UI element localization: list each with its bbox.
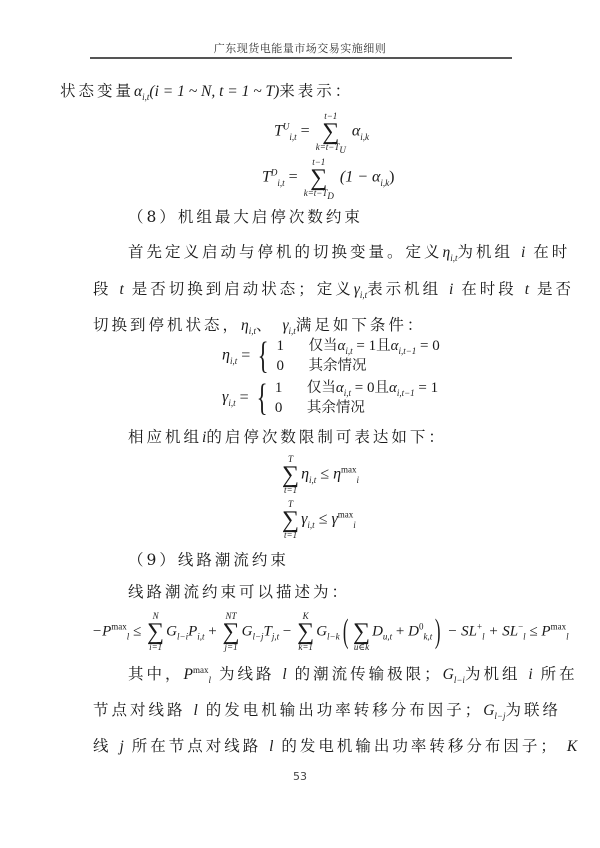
text: 为机组 bbox=[457, 243, 513, 261]
paragraph-line: 切换到停机状态，ηi,t、 γi,t满足如下条件： bbox=[93, 313, 425, 335]
text: 来表示： bbox=[279, 82, 353, 100]
header-rule bbox=[90, 57, 512, 59]
eta-symbol: η bbox=[241, 317, 249, 334]
text: 仅当 bbox=[307, 380, 336, 396]
case-value: 0 bbox=[276, 356, 308, 376]
sup: D bbox=[271, 167, 278, 177]
sub: i,t bbox=[230, 356, 237, 366]
leq: ≤ bbox=[526, 623, 542, 639]
sigma-icon: ∑ bbox=[222, 621, 239, 643]
sigma-icon: ∑ bbox=[316, 121, 346, 143]
text: 所在节点对线路 bbox=[132, 737, 262, 755]
minus: − bbox=[279, 623, 295, 639]
sub: l−j bbox=[494, 711, 505, 721]
equation-line-flow: −Pmaxl ≤ N∑i=1Gl−iPi,t + NT∑j=1Gl−jTj,t … bbox=[92, 612, 569, 652]
text: 相应机组 bbox=[128, 428, 202, 446]
sigma-icon: ∑ bbox=[353, 621, 370, 643]
text: k=t−T bbox=[304, 188, 328, 198]
term: + SL bbox=[485, 623, 518, 639]
sigma-icon: ∑ bbox=[282, 464, 299, 486]
sum-lower: u∈k bbox=[353, 643, 370, 652]
paragraph-line: 线路潮流约束可以描述为： bbox=[128, 580, 350, 602]
term: G bbox=[443, 666, 454, 683]
text: 首先定义启动与停机的切换变量。定义 bbox=[128, 243, 443, 261]
case-value: 1 bbox=[275, 378, 307, 398]
text: 其余情况 bbox=[308, 358, 366, 374]
summation: T ∑ t=1 bbox=[282, 455, 299, 495]
term: G bbox=[316, 623, 327, 639]
paragraph-line: 相应机组i的启停次数限制可表达如下： bbox=[128, 425, 447, 447]
sub: i,t bbox=[289, 326, 296, 336]
text: 为联络 bbox=[506, 701, 562, 719]
text: 段 bbox=[93, 280, 112, 298]
var-i: i bbox=[521, 244, 525, 261]
term: − SL bbox=[444, 623, 477, 639]
sigma-icon: ∑ bbox=[282, 509, 299, 531]
text: k=t−T bbox=[316, 142, 340, 152]
sub: u,t bbox=[383, 631, 392, 641]
sub: i,t bbox=[344, 388, 351, 398]
text: 为机组 bbox=[465, 665, 521, 683]
sub: i,t bbox=[289, 132, 296, 142]
summation: K∑k=1 bbox=[297, 612, 314, 652]
var-t: t bbox=[119, 281, 123, 298]
sub: U bbox=[339, 145, 346, 155]
equation-eta-sum: T ∑ t=1 ηi,t ≤ ηmaxi bbox=[280, 455, 359, 495]
alpha-symbol: α bbox=[389, 380, 397, 396]
sub: l−i bbox=[454, 675, 465, 685]
text: 状态变量 bbox=[60, 82, 134, 100]
cases: 1仅当αi,t = 0且αi,t−1 = 1 0其余情况 bbox=[275, 378, 438, 418]
text: 、 bbox=[256, 316, 275, 334]
sum-lower: k=1 bbox=[297, 643, 314, 652]
text: 在时 bbox=[533, 243, 570, 261]
text: 仅当 bbox=[308, 338, 337, 354]
var-t: t bbox=[525, 281, 529, 298]
left-brace-icon: { bbox=[256, 379, 267, 417]
rhs: η bbox=[333, 466, 341, 483]
text: 所在 bbox=[541, 665, 578, 683]
sub: i,t−1 bbox=[397, 388, 415, 398]
sub: i bbox=[357, 475, 360, 485]
alpha-symbol: α bbox=[134, 83, 142, 100]
term: P bbox=[184, 666, 193, 683]
sum-lower: k=t−TU bbox=[316, 143, 346, 152]
var-k: K bbox=[567, 738, 577, 755]
paragraph-line: 段 t 是否切换到启动状态；定义γi,t表示机组 i 在时段 t 是否 bbox=[93, 277, 574, 299]
sup: 0 bbox=[419, 621, 424, 631]
sub: i,t bbox=[249, 326, 256, 336]
sub: i,t bbox=[277, 178, 284, 188]
sub: i,t bbox=[345, 346, 352, 356]
sigma-icon: ∑ bbox=[304, 167, 334, 189]
sup: U bbox=[283, 121, 290, 131]
paren: ) bbox=[389, 169, 394, 186]
text: 的发电机输出功率转移分布因子； bbox=[281, 737, 559, 755]
equals: = bbox=[241, 347, 250, 364]
sup: max bbox=[111, 621, 127, 631]
leq: ≤ bbox=[315, 511, 332, 528]
term: D bbox=[408, 623, 419, 639]
case-row: 0其余情况 bbox=[276, 356, 439, 376]
term: G bbox=[166, 623, 177, 639]
paragraph-line: 其中，Pmaxl 为线路 l 的潮流传输极限；Gl−i为机组 i 所在 bbox=[128, 662, 578, 684]
var-i: i bbox=[528, 666, 532, 683]
page-number: 53 bbox=[0, 770, 600, 783]
text: 且 bbox=[376, 338, 391, 354]
var-l: l bbox=[269, 738, 273, 755]
text: 在时段 bbox=[461, 280, 517, 298]
sum-lower: t=1 bbox=[282, 531, 299, 540]
text: = 1 bbox=[415, 380, 438, 396]
term: α bbox=[352, 123, 360, 140]
term: (1 − α bbox=[340, 169, 381, 186]
summation: t−1 ∑ k=t−TD bbox=[304, 158, 334, 198]
plus: + bbox=[392, 623, 408, 639]
text: 的发电机输出功率转移分布因子； bbox=[206, 701, 484, 719]
lhs: T bbox=[274, 123, 283, 140]
sub: i,t−1 bbox=[398, 346, 416, 356]
sub: l bbox=[566, 631, 569, 641]
running-header: 广东现货电能量市场交易实施细则 bbox=[0, 40, 600, 56]
alpha-symbol: α bbox=[336, 380, 344, 396]
equals: = bbox=[289, 169, 298, 186]
sigma-icon: ∑ bbox=[297, 621, 314, 643]
equation-t-down: TDi,t = t−1 ∑ k=t−TD (1 − αi,k) bbox=[262, 158, 394, 198]
equation-gamma-sum: T ∑ t=1 γi,t ≤ γmaxi bbox=[280, 500, 356, 540]
term: D bbox=[372, 623, 383, 639]
sum-lower: j=1 bbox=[222, 643, 239, 652]
leq: ≤ bbox=[129, 623, 145, 639]
sub: l bbox=[208, 675, 211, 685]
text: 其余情况 bbox=[307, 400, 365, 416]
case-row: 1仅当αi,t = 0且αi,t−1 = 1 bbox=[275, 378, 438, 398]
summation: T ∑ t=1 bbox=[282, 500, 299, 540]
case-value: 0 bbox=[275, 398, 307, 418]
text: = 0 bbox=[351, 380, 374, 396]
rhs: P bbox=[541, 623, 550, 639]
right-paren-icon: ) bbox=[435, 613, 441, 651]
case-value: 1 bbox=[276, 336, 308, 356]
lhs: T bbox=[262, 169, 271, 186]
summation: N∑i=1 bbox=[147, 612, 164, 652]
equals: = bbox=[301, 123, 310, 140]
paragraph-line: 首先定义启动与停机的切换变量。定义ηi,t为机组 i 在时 bbox=[128, 240, 570, 262]
left-brace-icon: { bbox=[258, 337, 269, 375]
equation-gamma-cases: γi,t = { 1仅当αi,t = 0且αi,t−1 = 1 0其余情况 bbox=[222, 378, 438, 418]
sigma-icon: ∑ bbox=[147, 621, 164, 643]
sub: i bbox=[353, 520, 356, 530]
var-l: l bbox=[282, 666, 286, 683]
sub: l−i bbox=[177, 631, 188, 641]
var-i: i bbox=[449, 281, 453, 298]
sup: max bbox=[338, 509, 354, 519]
sub: i,t bbox=[307, 520, 314, 530]
plus: + bbox=[205, 623, 221, 639]
equation-eta-cases: ηi,t = { 1仅当αi,t = 1且αi,t−1 = 0 0其余情况 bbox=[222, 336, 440, 376]
text: 是否 bbox=[537, 280, 574, 298]
sub: i,t bbox=[197, 631, 204, 641]
sup: max bbox=[193, 665, 209, 675]
sub: l−k bbox=[327, 631, 340, 641]
text: 为线路 bbox=[219, 665, 275, 683]
section-heading-9: （9）线路潮流约束 bbox=[128, 548, 289, 570]
case-row: 0其余情况 bbox=[275, 398, 438, 418]
sup: − bbox=[518, 621, 523, 631]
text: 是否切换到启动状态；定义 bbox=[132, 280, 354, 298]
text: = 0 bbox=[416, 338, 439, 354]
summation: t−1 ∑ k=t−TU bbox=[316, 112, 346, 152]
sup: max bbox=[551, 621, 567, 631]
summation: ∑u∈k bbox=[353, 612, 370, 652]
paragraph-line: 线 j 所在节点对线路 l 的发电机输出功率转移分布因子； K bbox=[93, 734, 577, 756]
text: 满足如下条件： bbox=[296, 316, 426, 334]
text: 的启停次数限制可表达如下： bbox=[206, 428, 447, 446]
term: T bbox=[264, 623, 272, 639]
term: η bbox=[301, 466, 309, 483]
sub: D bbox=[327, 191, 334, 201]
var-l: l bbox=[193, 702, 197, 719]
sub: l−j bbox=[252, 631, 263, 641]
var-j: j bbox=[119, 738, 123, 755]
text: 线 bbox=[93, 737, 112, 755]
leq: ≤ bbox=[316, 466, 333, 483]
sup: max bbox=[341, 464, 357, 474]
sub: i,t bbox=[228, 398, 235, 408]
text: 且 bbox=[374, 380, 389, 396]
text: 表示机组 bbox=[367, 280, 441, 298]
sub: i,t bbox=[360, 290, 367, 300]
range-expression: (i = 1 ~ N, t = 1 ~ T) bbox=[149, 83, 279, 100]
sum-lower: i=1 bbox=[147, 643, 164, 652]
state-variable-line: 状态变量αi,t(i = 1 ~ N, t = 1 ~ T)来表示： bbox=[60, 79, 353, 101]
sub: i,k bbox=[360, 132, 369, 142]
case-row: 1仅当αi,t = 1且αi,t−1 = 0 bbox=[276, 336, 439, 356]
cases: 1仅当αi,t = 1且αi,t−1 = 0 0其余情况 bbox=[276, 336, 439, 376]
term: P bbox=[188, 623, 197, 639]
text: 的潮流传输极限； bbox=[295, 665, 443, 683]
sup: + bbox=[477, 621, 482, 631]
summation: NT∑j=1 bbox=[222, 612, 239, 652]
text: 其中， bbox=[128, 665, 184, 683]
equation-t-up: TUi,t = t−1 ∑ k=t−TU αi,k bbox=[274, 112, 369, 152]
sum-lower: k=t−TD bbox=[304, 189, 334, 198]
section-heading-8: （8）机组最大启停次数约束 bbox=[128, 205, 363, 227]
paragraph-line: 节点对线路 l 的发电机输出功率转移分布因子；Gl−j为联络 bbox=[93, 698, 561, 720]
text: 切换到停机状态， bbox=[93, 316, 241, 334]
text: = 1 bbox=[353, 338, 376, 354]
sum-lower: t=1 bbox=[282, 486, 299, 495]
left-paren-icon: ( bbox=[342, 613, 348, 651]
sub: k,t bbox=[423, 631, 432, 641]
term: G bbox=[242, 623, 253, 639]
lhs: −P bbox=[92, 623, 111, 639]
term: G bbox=[483, 702, 494, 719]
text: 节点对线路 bbox=[93, 701, 186, 719]
sub: i,k bbox=[380, 178, 389, 188]
equals: = bbox=[240, 389, 249, 406]
lhs: η bbox=[222, 347, 230, 364]
